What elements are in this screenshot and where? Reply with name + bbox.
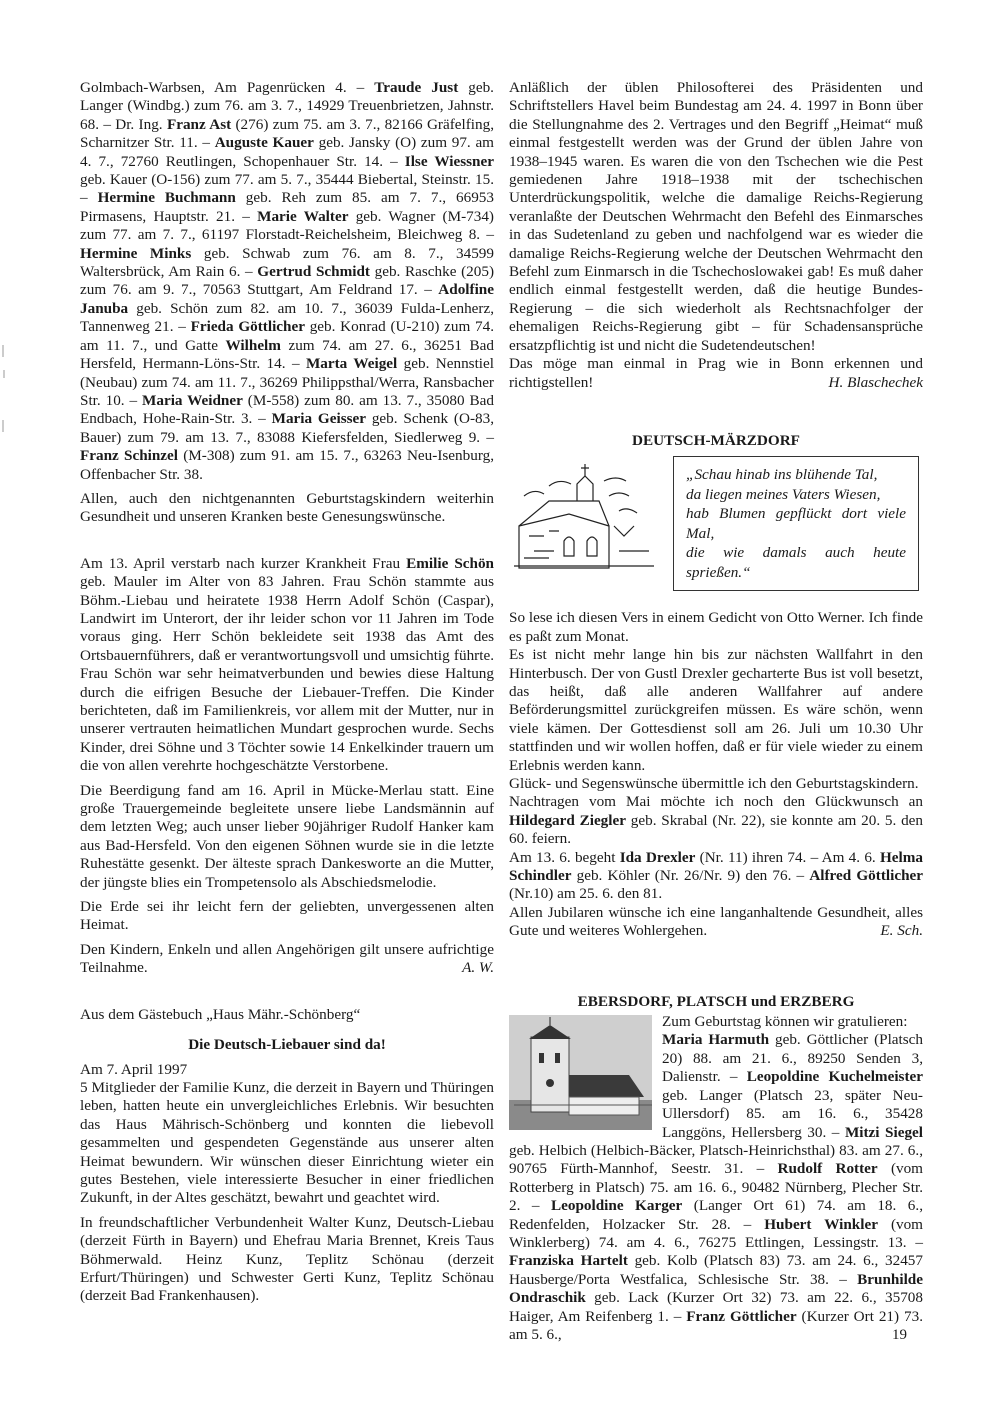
person-name: Franz Göttlicher [686, 1308, 796, 1325]
person-name: Auguste Kauer [215, 134, 314, 151]
obituary-paragraph-3: Die Erde sei ihr leicht fern der geliebt… [80, 898, 494, 935]
right-column: Anläßlich der üblen Philosofterei des Pr… [509, 79, 923, 1344]
birthday-list: Golmbach-Warbsen, Am Pagenrücken 4. – Tr… [80, 79, 494, 484]
person-name: Leopoldine Kuchelmeister [747, 1068, 923, 1085]
poem-box: „Schau hinab ins blühende Tal, da liegen… [673, 456, 919, 591]
person-name: Rudolf Rotter [777, 1160, 877, 1177]
person-name: Maria Weidner [142, 392, 243, 409]
guestbook-paragraph-2: In freundschaftlicher Verbundenheit Walt… [80, 1214, 494, 1306]
obituary-signature: A. W. [462, 959, 494, 977]
person-name: Marie Walter [257, 208, 348, 225]
person-name: Maria Geisser [272, 410, 366, 427]
maerzdorf-paragraph-1: So lese ich diesen Vers in einem Gedicht… [509, 609, 923, 646]
maerzdorf-title: DEUTSCH-MÄRZDORF [509, 432, 923, 450]
page-number: 19 [892, 1327, 907, 1344]
person-name: Franz Ast [167, 116, 231, 133]
person-name: Ilse Wiessner [405, 153, 494, 170]
poem-block: „Schau hinab ins blühende Tal, da liegen… [509, 456, 923, 591]
maerzdorf-paragraph-5: Am 13. 6. begeht Ida Drexler (Nr. 11) ih… [509, 849, 923, 904]
left-column: Golmbach-Warbsen, Am Pagenrücken 4. – Tr… [80, 79, 494, 1312]
maerzdorf-signature: E. Sch. [880, 922, 923, 940]
havel-signature: H. Blaschechek [829, 374, 923, 392]
guestbook-date: Am 7. April 1997 [80, 1061, 494, 1079]
person-name: Marta Weigel [306, 355, 397, 372]
person-name: Leopoldine Karger [551, 1197, 682, 1214]
chapel-sketch-icon [509, 456, 659, 576]
person-name: Alfred Göttlicher [809, 867, 923, 884]
person-name: Gertrud Schmidt [257, 263, 370, 280]
maerzdorf-paragraph-3: Glück- und Segenswünsche übermittle ich … [509, 775, 923, 793]
deceased-name: Emilie Schön [406, 555, 494, 572]
guestbook-paragraph-1: 5 Mitglieder der Familie Kunz, die derze… [80, 1079, 494, 1208]
person-name: Hermine Buchmann [98, 189, 236, 206]
obituary-paragraph-1: Am 13. April verstarb nach kurzer Krankh… [80, 555, 494, 776]
person-name: Hubert Winkler [764, 1216, 878, 1233]
obituary-paragraph-2: Die Beerdigung fand am 16. April in Mück… [80, 782, 494, 892]
church-photo [509, 1015, 652, 1130]
maerzdorf-paragraph-2: Es ist nicht mehr lange hin bis zur näch… [509, 646, 923, 775]
person-name: Frieda Göttlicher [191, 318, 305, 335]
person-name: Franz Schinzel [80, 447, 178, 464]
person-name: Wilhelm [226, 337, 281, 354]
person-name: Maria Harmuth [662, 1031, 769, 1048]
scan-margin-marks [0, 340, 12, 440]
person-name: Traude Just [374, 79, 458, 96]
guestbook-intro: Aus dem Gästebuch „Haus Mähr.-Schönberg“ [80, 1006, 494, 1024]
guestbook-title: Die Deutsch-Liebauer sind da! [80, 1036, 494, 1054]
person-name: Hermine Minks [80, 245, 191, 262]
person-name: Mitzi Siegel [845, 1124, 923, 1141]
person-name: Ida Drexler [620, 849, 696, 866]
birthday-closing: Allen, auch den nichtgenannten Geburtsta… [80, 490, 494, 527]
maerzdorf-paragraph-4: Nachtragen vom Mai möchte ich noch den G… [509, 793, 923, 848]
ebersdorf-title: EBERSDORF, PLATSCH und ERZBERG [509, 993, 923, 1011]
havel-paragraph: Anläßlich der üblen Philosofterei des Pr… [509, 79, 923, 355]
person-name: Franziska Hartelt [509, 1252, 628, 1269]
